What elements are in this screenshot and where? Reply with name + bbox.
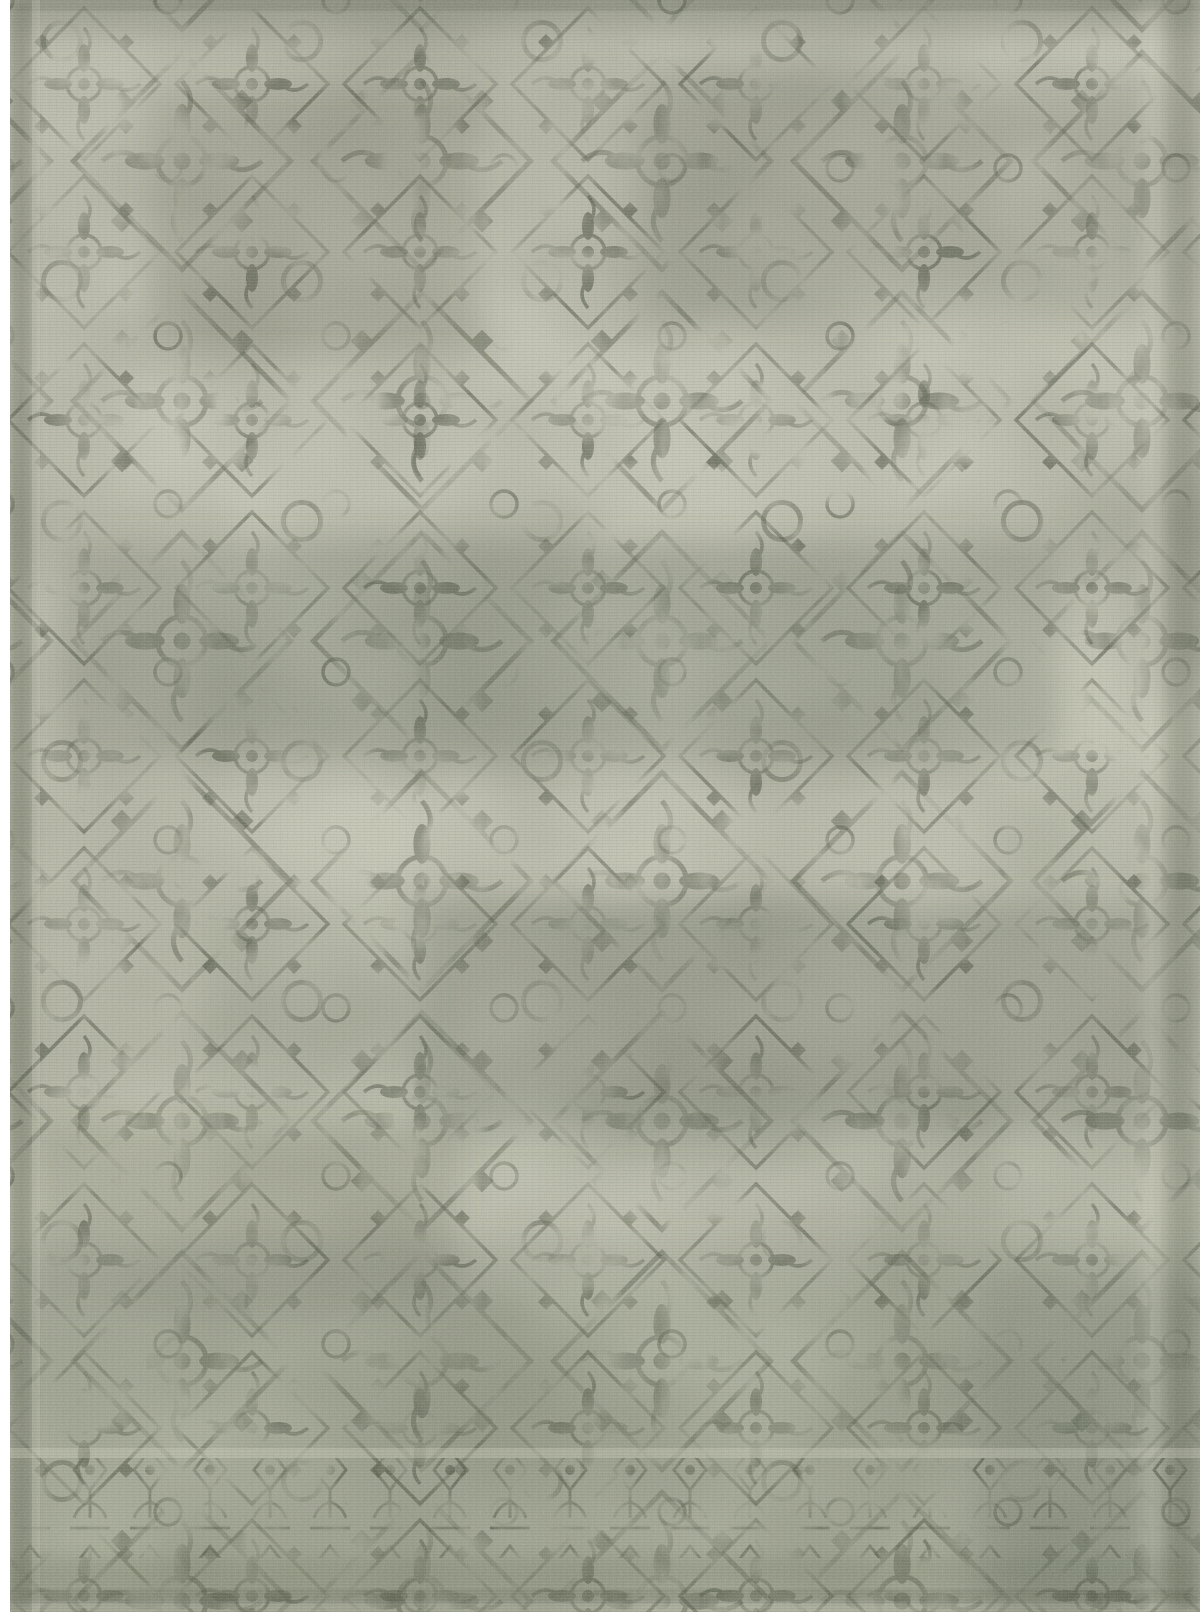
rug-grain-light-layer <box>10 0 1200 1612</box>
left-white-margin <box>0 0 10 1612</box>
rug-photo-canvas <box>0 0 1200 1612</box>
rug-photo <box>0 0 1200 1612</box>
